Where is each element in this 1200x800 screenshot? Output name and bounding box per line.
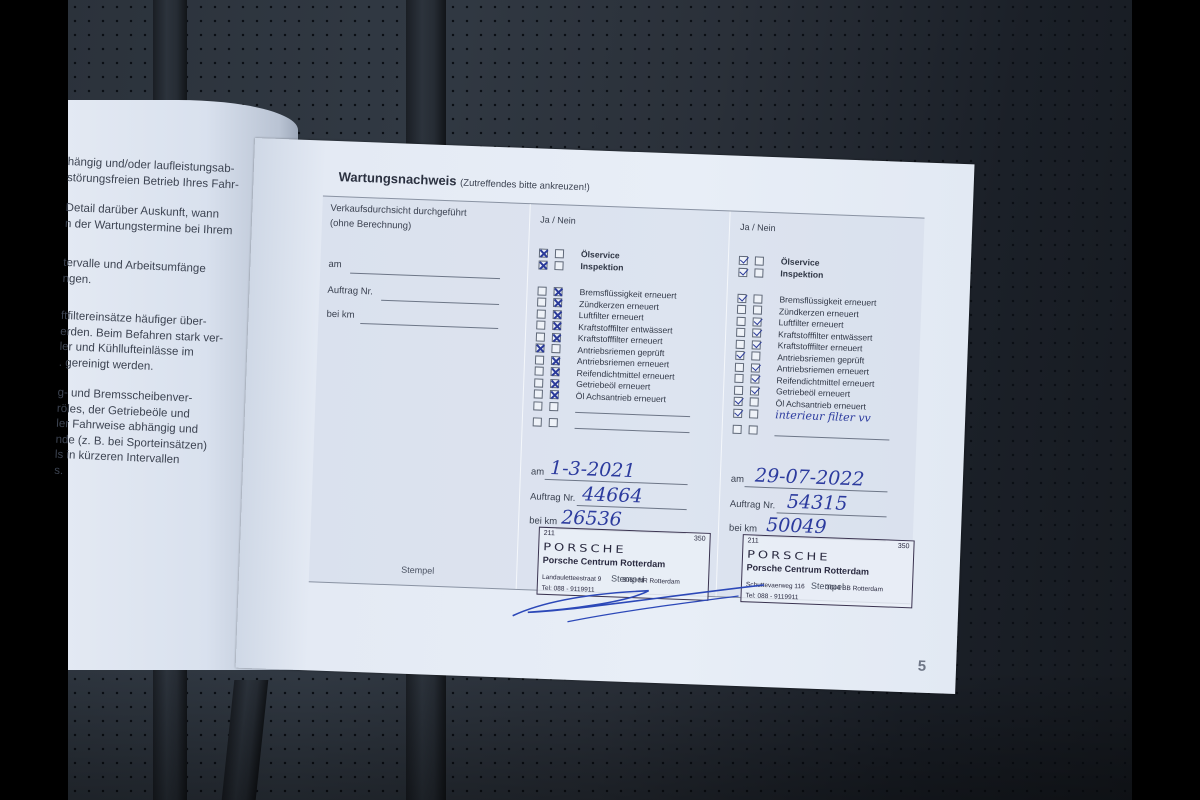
checkbox-checked[interactable] — [552, 321, 561, 330]
checkbox-checked[interactable] — [535, 343, 544, 352]
checkbox[interactable] — [737, 305, 746, 314]
checkbox-checked[interactable] — [739, 255, 748, 264]
check-row — [533, 415, 690, 433]
page-title: Wartungsnachweis (Zutreffendes bitte ank… — [338, 169, 590, 193]
checkbox[interactable] — [736, 316, 745, 325]
checkbox[interactable] — [753, 305, 762, 314]
blank-item-field[interactable] — [575, 412, 690, 417]
checkbox[interactable] — [735, 362, 744, 371]
checkbox[interactable] — [754, 268, 763, 277]
stamp-n1: 211 — [747, 537, 758, 544]
date-label: am — [531, 466, 545, 477]
left-text-line: ler und Kühllufteinlässe im — [59, 341, 194, 359]
checkbox[interactable] — [734, 374, 743, 383]
left-text-line: g- und Bremsscheibenver- — [57, 387, 192, 405]
column-sales-inspection: Verkaufsdurchsicht durchgeführt (ohne Be… — [309, 197, 528, 589]
stamp-n2: 350 — [694, 535, 706, 542]
checkbox-checked[interactable] — [752, 317, 761, 326]
left-text-line: ngen. — [62, 272, 91, 285]
checkbox[interactable] — [750, 397, 759, 406]
handwritten-order-number: 44664 — [582, 483, 643, 507]
handwritten-date: 29-07-2022 — [755, 465, 865, 491]
checkbox-checked[interactable] — [550, 390, 559, 399]
checkbox-checked[interactable] — [553, 287, 562, 296]
checkbox-checked[interactable] — [752, 340, 761, 349]
checkbox-checked[interactable] — [553, 310, 562, 319]
checkbox[interactable] — [534, 366, 543, 375]
col1-stamp-label: Stempel — [401, 565, 434, 576]
left-text-line: röles, der Getriebeöle und — [57, 402, 190, 420]
page-number: 5 — [917, 658, 926, 675]
col1-date-label: am — [328, 259, 342, 270]
checkbox[interactable] — [534, 389, 543, 398]
checkbox-checked[interactable] — [551, 356, 560, 365]
handwritten-date: 1-3-2021 — [550, 457, 636, 482]
handwritten-order-number: 54315 — [787, 491, 848, 515]
blank-item-field[interactable] — [575, 428, 690, 433]
checkbox[interactable] — [748, 425, 757, 434]
checkbox-checked[interactable] — [734, 397, 743, 406]
checkbox-checked[interactable] — [750, 374, 759, 383]
service-item-label: Ölservice — [781, 256, 820, 267]
checkbox[interactable] — [533, 417, 542, 426]
checkbox-checked[interactable] — [752, 328, 761, 337]
checkbox-checked[interactable] — [553, 298, 562, 307]
checkbox-checked[interactable] — [751, 363, 760, 372]
column-entry-1: Ja / Nein ÖlserviceInspektionBremsflüssi… — [519, 204, 728, 596]
km-label: bei km — [729, 523, 757, 535]
col1-heading: Verkaufsdurchsicht durchgeführt — [330, 203, 467, 219]
checkbox-checked[interactable] — [552, 333, 561, 342]
order-number-label: Auftrag Nr. — [730, 499, 776, 512]
date-label: am — [731, 474, 745, 485]
km-label: bei km — [529, 515, 557, 527]
checkbox-checked[interactable] — [737, 293, 746, 302]
checkbox[interactable] — [534, 378, 543, 387]
stamp-brand: PORSCHE — [543, 541, 627, 556]
maintenance-form: Verkaufsdurchsicht durchgeführt (ohne Be… — [309, 196, 925, 605]
checkbox[interactable] — [549, 417, 558, 426]
checkbox[interactable] — [751, 351, 760, 360]
shadow — [68, 670, 1132, 800]
checkbox[interactable] — [736, 339, 745, 348]
col1-km-field[interactable] — [360, 323, 498, 329]
checkbox-checked[interactable] — [538, 260, 547, 269]
checkbox[interactable] — [549, 401, 558, 410]
col1-km-label: bei km — [326, 309, 354, 321]
stamp-label: Stempel — [811, 581, 844, 592]
stamp-n1: 211 — [544, 530, 555, 537]
check-row — [533, 399, 690, 417]
checkbox[interactable] — [536, 320, 545, 329]
left-text-line: störungsfreien Betrieb Ihres Fahr- — [67, 171, 239, 190]
service-item-label: Ölservice — [581, 249, 620, 260]
stamp-n2: 350 — [898, 543, 910, 550]
title-text: Wartungsnachweis — [338, 169, 456, 188]
signature — [507, 568, 769, 637]
checkbox[interactable] — [537, 309, 546, 318]
checkbox[interactable] — [536, 332, 545, 341]
checkbox[interactable] — [749, 409, 758, 418]
stamp-dealer: Porsche Centrum Rotterdam — [746, 562, 869, 576]
checkbox[interactable] — [734, 385, 743, 394]
checkbox[interactable] — [537, 297, 546, 306]
service-item-label: Inspektion — [780, 268, 823, 280]
col1-date-field[interactable] — [350, 273, 500, 279]
checkbox[interactable] — [537, 286, 546, 295]
checkbox[interactable] — [555, 249, 564, 258]
checkbox-checked[interactable] — [750, 386, 759, 395]
service-row: Inspektion — [738, 266, 823, 281]
checkbox[interactable] — [535, 355, 544, 364]
checkbox[interactable] — [733, 424, 742, 433]
checkbox[interactable] — [736, 328, 745, 337]
stamp-brand: PORSCHE — [747, 549, 831, 564]
col1-order-label: Auftrag Nr. — [327, 285, 373, 298]
stamp-dealer: Porsche Centrum Rotterdam — [543, 555, 666, 569]
yes-no-header: Ja / Nein — [540, 215, 576, 226]
checkbox-checked[interactable] — [733, 408, 742, 417]
checkbox[interactable] — [554, 261, 563, 270]
col1-heading-sub: (ohne Berechnung) — [330, 218, 412, 232]
order-number-label: Auftrag Nr. — [530, 491, 576, 504]
left-text-line: s. — [54, 464, 63, 476]
letterbox-right — [1132, 0, 1200, 800]
service-row: Inspektion — [538, 258, 623, 273]
checkbox[interactable] — [551, 344, 560, 353]
checkbox-checked[interactable] — [539, 248, 548, 257]
checkbox[interactable] — [753, 294, 762, 303]
blank-item-field[interactable] — [774, 435, 889, 440]
service-item-label: Inspektion — [580, 261, 623, 273]
checkbox-checked[interactable] — [550, 367, 559, 376]
handwritten-extra-item: interieur filter vv — [775, 408, 871, 424]
checkbox-checked[interactable] — [738, 267, 747, 276]
check-row — [732, 423, 889, 441]
yes-no-header: Ja / Nein — [740, 222, 776, 233]
left-text-line: ls in kürzeren Intervallen — [55, 449, 180, 466]
checkbox-checked[interactable] — [550, 378, 559, 387]
checkbox-checked[interactable] — [735, 351, 744, 360]
maintenance-record-page: Wartungsnachweis (Zutreffendes bitte ank… — [236, 138, 975, 694]
checkbox[interactable] — [533, 401, 542, 410]
column-entry-2: Ja / Nein ÖlserviceInspektionBremsflüssi… — [719, 212, 925, 604]
left-text-line: n der Wartungstermine bei Ihrem — [65, 217, 233, 236]
left-text-line: . gereinigt werden. — [59, 356, 154, 372]
title-subtitle: (Zutreffendes bitte ankreuzen!) — [460, 178, 590, 194]
checkbox[interactable] — [755, 256, 764, 265]
col1-order-field[interactable] — [381, 300, 499, 305]
